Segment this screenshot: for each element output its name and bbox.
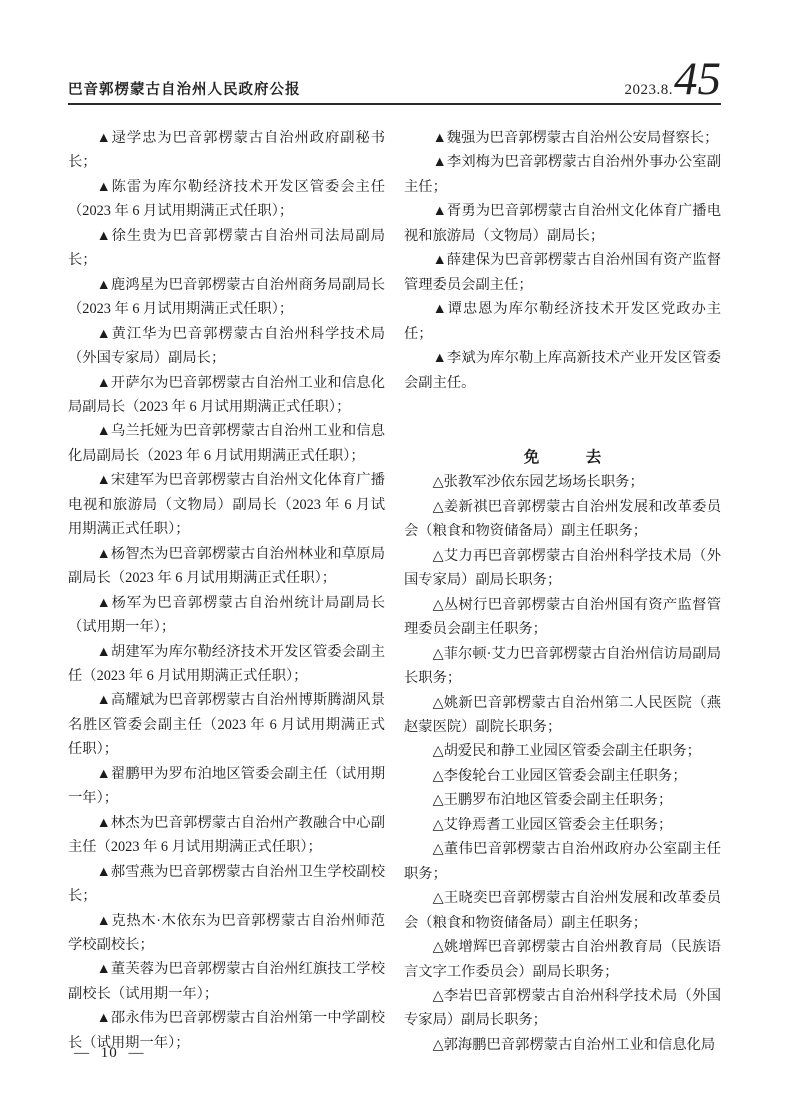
appointment-item: ▲逯学忠为巴音郭楞蒙古自治州政府副秘书长；	[68, 126, 385, 175]
removal-item: △李俊轮台工业园区管委会副主任职务；	[404, 764, 721, 788]
appointment-item: ▲开萨尔为巴音郭楞蒙古自治州工业和信息化局副局长（2023 年 6 月试用期满正…	[68, 371, 385, 420]
gazette-page: 巴音郭楞蒙古自治州人民政府公报 2023.8. 45 ▲逯学忠为巴音郭楞蒙古自治…	[0, 0, 789, 1118]
page-number: — 10 —	[74, 1045, 145, 1062]
header-rule	[68, 103, 721, 105]
content-columns: ▲逯学忠为巴音郭楞蒙古自治州政府副秘书长；▲陈雷为库尔勒经济技术开发区管委会主任…	[68, 126, 721, 1057]
removal-item: △郭海鹏巴音郭楞蒙古自治州工业和信息化局	[404, 1033, 721, 1057]
issue-date: 2023.8.	[625, 82, 674, 99]
appointment-item: ▲董芙蓉为巴音郭楞蒙古自治州红旗技工学校副校长（试用期一年）；	[68, 957, 385, 1006]
appointments-right-list: ▲魏强为巴音郭楞蒙古自治州公安局督察长；▲李刘梅为巴音郭楞蒙古自治州外事办公室副…	[404, 126, 721, 395]
appointment-item: ▲郝雪燕为巴音郭楞蒙古自治州卫生学校副校长；	[68, 860, 385, 909]
removal-item: △王鹏罗布泊地区管委会副主任职务；	[404, 788, 721, 812]
appointment-item: ▲翟鹏甲为罗布泊地区管委会副主任（试用期一年）；	[68, 762, 385, 811]
appointment-item: ▲黄江华为巴音郭楞蒙古自治州科学技术局（外国专家局）副局长；	[68, 322, 385, 371]
appointment-item: ▲陈雷为库尔勒经济技术开发区管委会主任（2023 年 6 月试用期满正式任职）；	[68, 175, 385, 224]
page-header: 巴音郭楞蒙古自治州人民政府公报 2023.8. 45	[68, 62, 721, 105]
removal-section-heading: 免 去	[404, 446, 721, 470]
appointments-left-list: ▲逯学忠为巴音郭楞蒙古自治州政府副秘书长；▲陈雷为库尔勒经济技术开发区管委会主任…	[68, 126, 385, 1055]
appointment-item: ▲谭忠恩为库尔勒经济技术开发区党政办主任；	[404, 297, 721, 346]
removal-item: △菲尔顿·艾力巴音郭楞蒙古自治州信访局副局长职务；	[404, 642, 721, 691]
appointment-item: ▲李斌为库尔勒上库高新技术产业开发区管委会副主任。	[404, 346, 721, 395]
appointment-item: ▲乌兰托娅为巴音郭楞蒙古自治州工业和信息化局副局长（2023 年 6 月试用期满…	[68, 419, 385, 468]
appointment-item: ▲高耀斌为巴音郭楞蒙古自治州博斯腾湖风景名胜区管委会副主任（2023 年 6 月…	[68, 688, 385, 761]
appointment-item: ▲宋建军为巴音郭楞蒙古自治州文化体育广播电视和旅游局（文物局）副局长（2023 …	[68, 468, 385, 541]
appointment-item: ▲杨智杰为巴音郭楞蒙古自治州林业和草原局副局长（2023 年 6 月试用期满正式…	[68, 542, 385, 591]
appointment-item: ▲薛建保为巴音郭楞蒙古自治州国有资产监督管理委员会副主任；	[404, 248, 721, 297]
removal-item: △李岩巴音郭楞蒙古自治州科学技术局（外国专家局）副局长职务；	[404, 984, 721, 1033]
right-column: ▲魏强为巴音郭楞蒙古自治州公安局督察长；▲李刘梅为巴音郭楞蒙古自治州外事办公室副…	[404, 126, 721, 1057]
appointment-item: ▲克热木·木依东为巴音郭楞蒙古自治州师范学校副校长；	[68, 909, 385, 958]
appointment-item: ▲徐生贵为巴音郭楞蒙古自治州司法局副局长；	[68, 224, 385, 273]
appointment-item: ▲胥勇为巴音郭楞蒙古自治州文化体育广播电视和旅游局（文物局）副局长；	[404, 199, 721, 248]
appointment-item: ▲杨军为巴音郭楞蒙古自治州统计局副局长（试用期一年）；	[68, 591, 385, 640]
appointment-item: ▲鹿鸿星为巴音郭楞蒙古自治州商务局副局长（2023 年 6 月试用期满正式任职）…	[68, 273, 385, 322]
removal-item: △姚新巴音郭楞蒙古自治州第二人民医院（燕赵蒙医院）副院长职务；	[404, 691, 721, 740]
removal-item: △丛树行巴音郭楞蒙古自治州国有资产监督管理委员会副主任职务；	[404, 593, 721, 642]
left-column: ▲逯学忠为巴音郭楞蒙古自治州政府副秘书长；▲陈雷为库尔勒经济技术开发区管委会主任…	[68, 126, 385, 1057]
journal-title: 巴音郭楞蒙古自治州人民政府公报	[68, 78, 301, 99]
issue-number: 45	[674, 62, 721, 97]
removals-list: △张教军沙依东园艺场场长职务；△姜新祺巴音郭楞蒙古自治州发展和改革委员会（粮食和…	[404, 470, 721, 1057]
appointment-item: ▲魏强为巴音郭楞蒙古自治州公安局督察长；	[404, 126, 721, 150]
issue-info: 2023.8. 45	[625, 62, 722, 99]
removal-item: △姚增辉巴音郭楞蒙古自治州教育局（民族语言文字工作委员会）副局长职务；	[404, 935, 721, 984]
removal-item: △姜新祺巴音郭楞蒙古自治州发展和改革委员会（粮食和物资储备局）副主任职务；	[404, 495, 721, 544]
appointment-item: ▲胡建军为库尔勒经济技术开发区管委会副主任（2023 年 6 月试用期满正式任职…	[68, 640, 385, 689]
removal-item: △张教军沙依东园艺场场长职务；	[404, 470, 721, 494]
appointment-item: ▲林杰为巴音郭楞蒙古自治州产教融合中心副主任（2023 年 6 月试用期满正式任…	[68, 811, 385, 860]
removal-item: △艾铮焉耆工业园区管委会主任职务；	[404, 813, 721, 837]
appointment-item: ▲李刘梅为巴音郭楞蒙古自治州外事办公室副主任；	[404, 150, 721, 199]
removal-item: △艾力再巴音郭楞蒙古自治州科学技术局（外国专家局）副局长职务；	[404, 544, 721, 593]
removal-item: △董伟巴音郭楞蒙古自治州政府办公室副主任职务；	[404, 837, 721, 886]
removal-item: △王晓奕巴音郭楞蒙古自治州发展和改革委员会（粮食和物资储备局）副主任职务；	[404, 886, 721, 935]
removal-item: △胡爱民和静工业园区管委会副主任职务；	[404, 739, 721, 763]
